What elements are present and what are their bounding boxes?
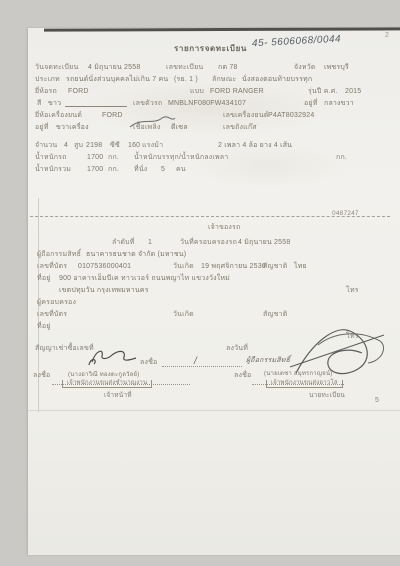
tel-label: โทร — [346, 287, 359, 294]
type-code: (รย. 1 ) — [174, 76, 198, 83]
nationality-label: สัญชาติ — [263, 263, 287, 270]
possessor-birth-date-label: วันเกิด — [173, 311, 194, 318]
birth-date-label: วันเกิด — [173, 263, 194, 270]
card-no-label: เลขที่บัตร — [37, 263, 67, 270]
possessor-label: ผู้ครอบครอง — [37, 299, 76, 306]
registrar-caption: นายทะเบียน — [309, 393, 345, 400]
model-year-value: 2015 — [345, 88, 361, 95]
gross-weight-unit: กก. — [108, 166, 119, 173]
order-label: ลำดับที่ — [112, 239, 135, 246]
load-weight-unit: กก. — [336, 154, 347, 161]
nationality-value: ไทย — [294, 263, 307, 270]
curb-weight-label: น้ำหนักรถ — [35, 154, 67, 161]
address-line2: เขตปทุมวัน กรุงเทพมหานคร — [59, 287, 149, 294]
sign-label-middle: ลงชื่อ — [140, 359, 157, 366]
plate-value: กต 78 — [218, 64, 238, 71]
engine-make-label: ยี่ห้อเครื่องยนต์ — [35, 112, 82, 119]
sign-label-left: ลงชื่อ — [33, 372, 50, 379]
holder-sign-caption: ผู้ถือกรรมสิทธิ์ — [246, 357, 290, 364]
corner-page-number: 2 — [385, 32, 389, 39]
perforation-number: 0487247 — [332, 211, 359, 218]
stamp-ghost — [188, 143, 348, 188]
engine-no-label: เลขเครื่องยนต์ — [223, 112, 269, 119]
horsepower-value: 160 — [128, 142, 140, 149]
gross-weight-value: 1700 — [87, 166, 103, 173]
body-style-value: นั่งสองตอนท้ายบรรทุก — [242, 76, 312, 83]
owner-section-heading: เจ้าของรถ — [208, 224, 240, 231]
make-value: FORD — [68, 88, 89, 95]
document-paper: 2 รายการจดทะเบียน 45- 5606068/0044 วันจด… — [28, 28, 400, 555]
scan-top-edge — [44, 27, 400, 31]
officer-name: (นางอาวิณี ทองตะกูลวัลย์) — [68, 372, 139, 378]
possession-date-label: วันที่ครอบครองรถ — [180, 239, 237, 246]
type-label: ประเภท — [35, 76, 60, 83]
cylinders-label: จำนวน — [35, 142, 57, 149]
province-label: จังหวัด — [294, 64, 316, 71]
make-label: ยี่ห้อรถ — [35, 88, 57, 95]
scanned-registration-document: { "scan": { "corner_page_number": "2", "… — [0, 0, 400, 566]
model-year-label: รุ่นปี ค.ศ. — [308, 88, 338, 95]
cylinders-value: 4 — [64, 142, 68, 149]
handwritten-slash-mark: / — [194, 357, 197, 367]
birth-date-value: 19 พฤศจิกายน 2536 — [201, 263, 266, 270]
page-title: รายการจดทะเบียน — [174, 45, 247, 53]
possessor-address-label: ที่อยู่ — [37, 323, 51, 330]
displacement-unit: ซีซี — [110, 142, 120, 149]
gas-tank-label: เลขถังแก๊ส — [223, 124, 257, 131]
color-value: ขาว — [48, 100, 61, 107]
officer-caption: เจ้าหน้าที่ — [104, 393, 132, 400]
possession-date-value: 4 มิถุนายน 2558 — [238, 239, 290, 246]
card-no-value: 0107536000401 — [78, 263, 131, 270]
model-label: แบบ — [190, 88, 204, 95]
engine-location-value: ขวาเครื่อง — [56, 124, 89, 131]
load-weight-label: น้ำหนักบรรทุก/น้ำหนักลงเพลา — [134, 154, 228, 161]
officer-signature — [86, 346, 141, 368]
officer-position: เจ้าพนักงานขนส่งชำนาญงาน — [62, 380, 152, 388]
seats-label: ที่นั่ง — [134, 166, 147, 173]
order-value: 1 — [148, 239, 152, 246]
handwritten-check-scribble — [128, 115, 176, 129]
vin-location-label: อยู่ที่ — [304, 100, 318, 107]
stamp-ghost — [83, 80, 333, 135]
holder-value: ธนาคารธนชาต จำกัด (มหาชน) — [86, 251, 186, 258]
holder-label: ผู้ถือกรรมสิทธิ์ — [37, 251, 81, 258]
body-style-label: ลักษณะ — [212, 76, 236, 83]
seats-unit: คน — [176, 166, 186, 173]
sheet-number: 5 — [375, 397, 379, 404]
color-rule-line — [65, 101, 127, 107]
signature-dotted-line — [162, 360, 242, 367]
gross-weight-label: น้ำหนักรวม — [35, 166, 71, 173]
handwritten-registration-number: 45- 5606068/0044 — [252, 35, 342, 50]
address-label: ที่อยู่ — [37, 275, 51, 282]
province-value: เพชรบุรี — [324, 64, 349, 71]
cylinders-unit: สูบ — [74, 142, 83, 149]
possessor-card-no-label: เลขที่บัตร — [37, 311, 67, 318]
plate-label: เลขทะเบียน — [166, 64, 203, 71]
type-value: รถยนต์นั่งส่วนบุคคลไม่เกิน 7 คน — [66, 76, 168, 83]
curb-weight-value: 1700 — [87, 154, 103, 161]
color-label: สี — [37, 100, 41, 107]
model-value: FORD RANGER — [210, 88, 264, 95]
reg-date-label: วันจดทะเบียน — [35, 64, 78, 71]
vin-location-value: กลางขวา — [324, 100, 354, 107]
displacement-value: 2198 — [86, 142, 102, 149]
hp-contract-date-label: ลงวันที่ — [226, 345, 248, 352]
reg-date-value: 4 มิถุนายน 2558 — [88, 64, 140, 71]
curb-weight-unit: กก. — [108, 154, 119, 161]
bottom-section-rule — [28, 410, 400, 411]
registrar-position: เจ้าพนักงานขนส่งอาวุโส — [266, 380, 343, 388]
vin-value: MNBLNF080FW434107 — [168, 100, 246, 107]
possessor-nationality-label: สัญชาติ — [263, 311, 287, 318]
horsepower-unit: แรงม้า — [142, 142, 163, 149]
registrar-name: (นายเดชา สมุทรกาญจน์) — [264, 371, 332, 377]
sign-label-right: ลงชื่อ — [234, 372, 251, 379]
axles-wheels-tyres: 2 เพลา 4 ล้อ ยาง 4 เส้น — [218, 142, 292, 149]
engine-location-label: อยู่ที่ — [35, 124, 49, 131]
engine-no-value: P4AT8032924 — [268, 112, 314, 119]
seats-value: 5 — [161, 166, 165, 173]
address-line1: 900 อาคารเอ็มบีเค ทาวเวอร์ ถนนพญาไท แขวง… — [59, 275, 230, 282]
engine-make-value: FORD — [102, 112, 123, 119]
vin-label: เลขตัวรถ — [133, 100, 162, 107]
